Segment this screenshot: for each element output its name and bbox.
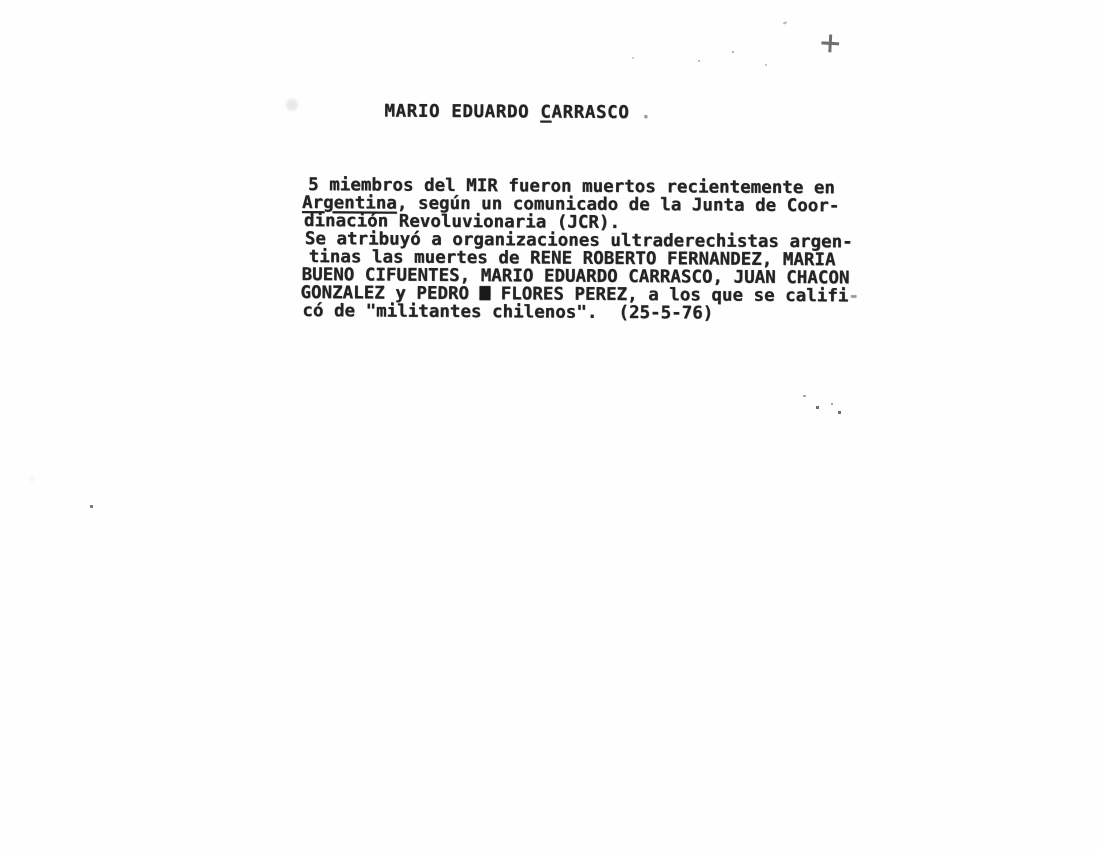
title-text: MARIO EDUARDO — [384, 101, 540, 122]
scan-smudge — [286, 99, 298, 111]
scanned-document-page: + MARIO EDUARDO CARRASCO . 5 miembros de… — [0, 0, 1100, 850]
text-segment — [597, 303, 618, 323]
title-text: ARRASCO — [551, 103, 629, 123]
scan-speck — [90, 505, 93, 508]
scan-speck — [783, 21, 787, 25]
faint-hyphen-mark: - — [848, 286, 859, 306]
scan-speck — [838, 411, 841, 414]
scan-speck — [765, 64, 767, 66]
title-trailing-mark: . — [629, 103, 651, 123]
scan-smudge — [30, 478, 34, 481]
text-segment: (25-5-76) — [618, 303, 713, 324]
title-underlined-letter: C — [540, 102, 551, 122]
redacted-overstrike: ■ — [480, 286, 491, 300]
text-line: có de "militantes chilenos". (25-5-76) — [302, 302, 859, 323]
scan-speck — [632, 57, 634, 59]
typewritten-text-block: MARIO EDUARDO CARRASCO . 5 miembros del … — [301, 48, 860, 359]
document-title: MARIO EDUARDO CARRASCO . — [317, 84, 860, 141]
scan-speck — [732, 51, 734, 53]
scan-speck — [831, 403, 833, 405]
document-body: 5 miembros del MIR fueron muertos recien… — [301, 176, 859, 323]
scan-speck — [698, 60, 700, 62]
scan-speck — [816, 406, 819, 409]
text-segment: có de "militantes chilenos". — [302, 301, 597, 323]
scan-speck — [803, 395, 806, 397]
